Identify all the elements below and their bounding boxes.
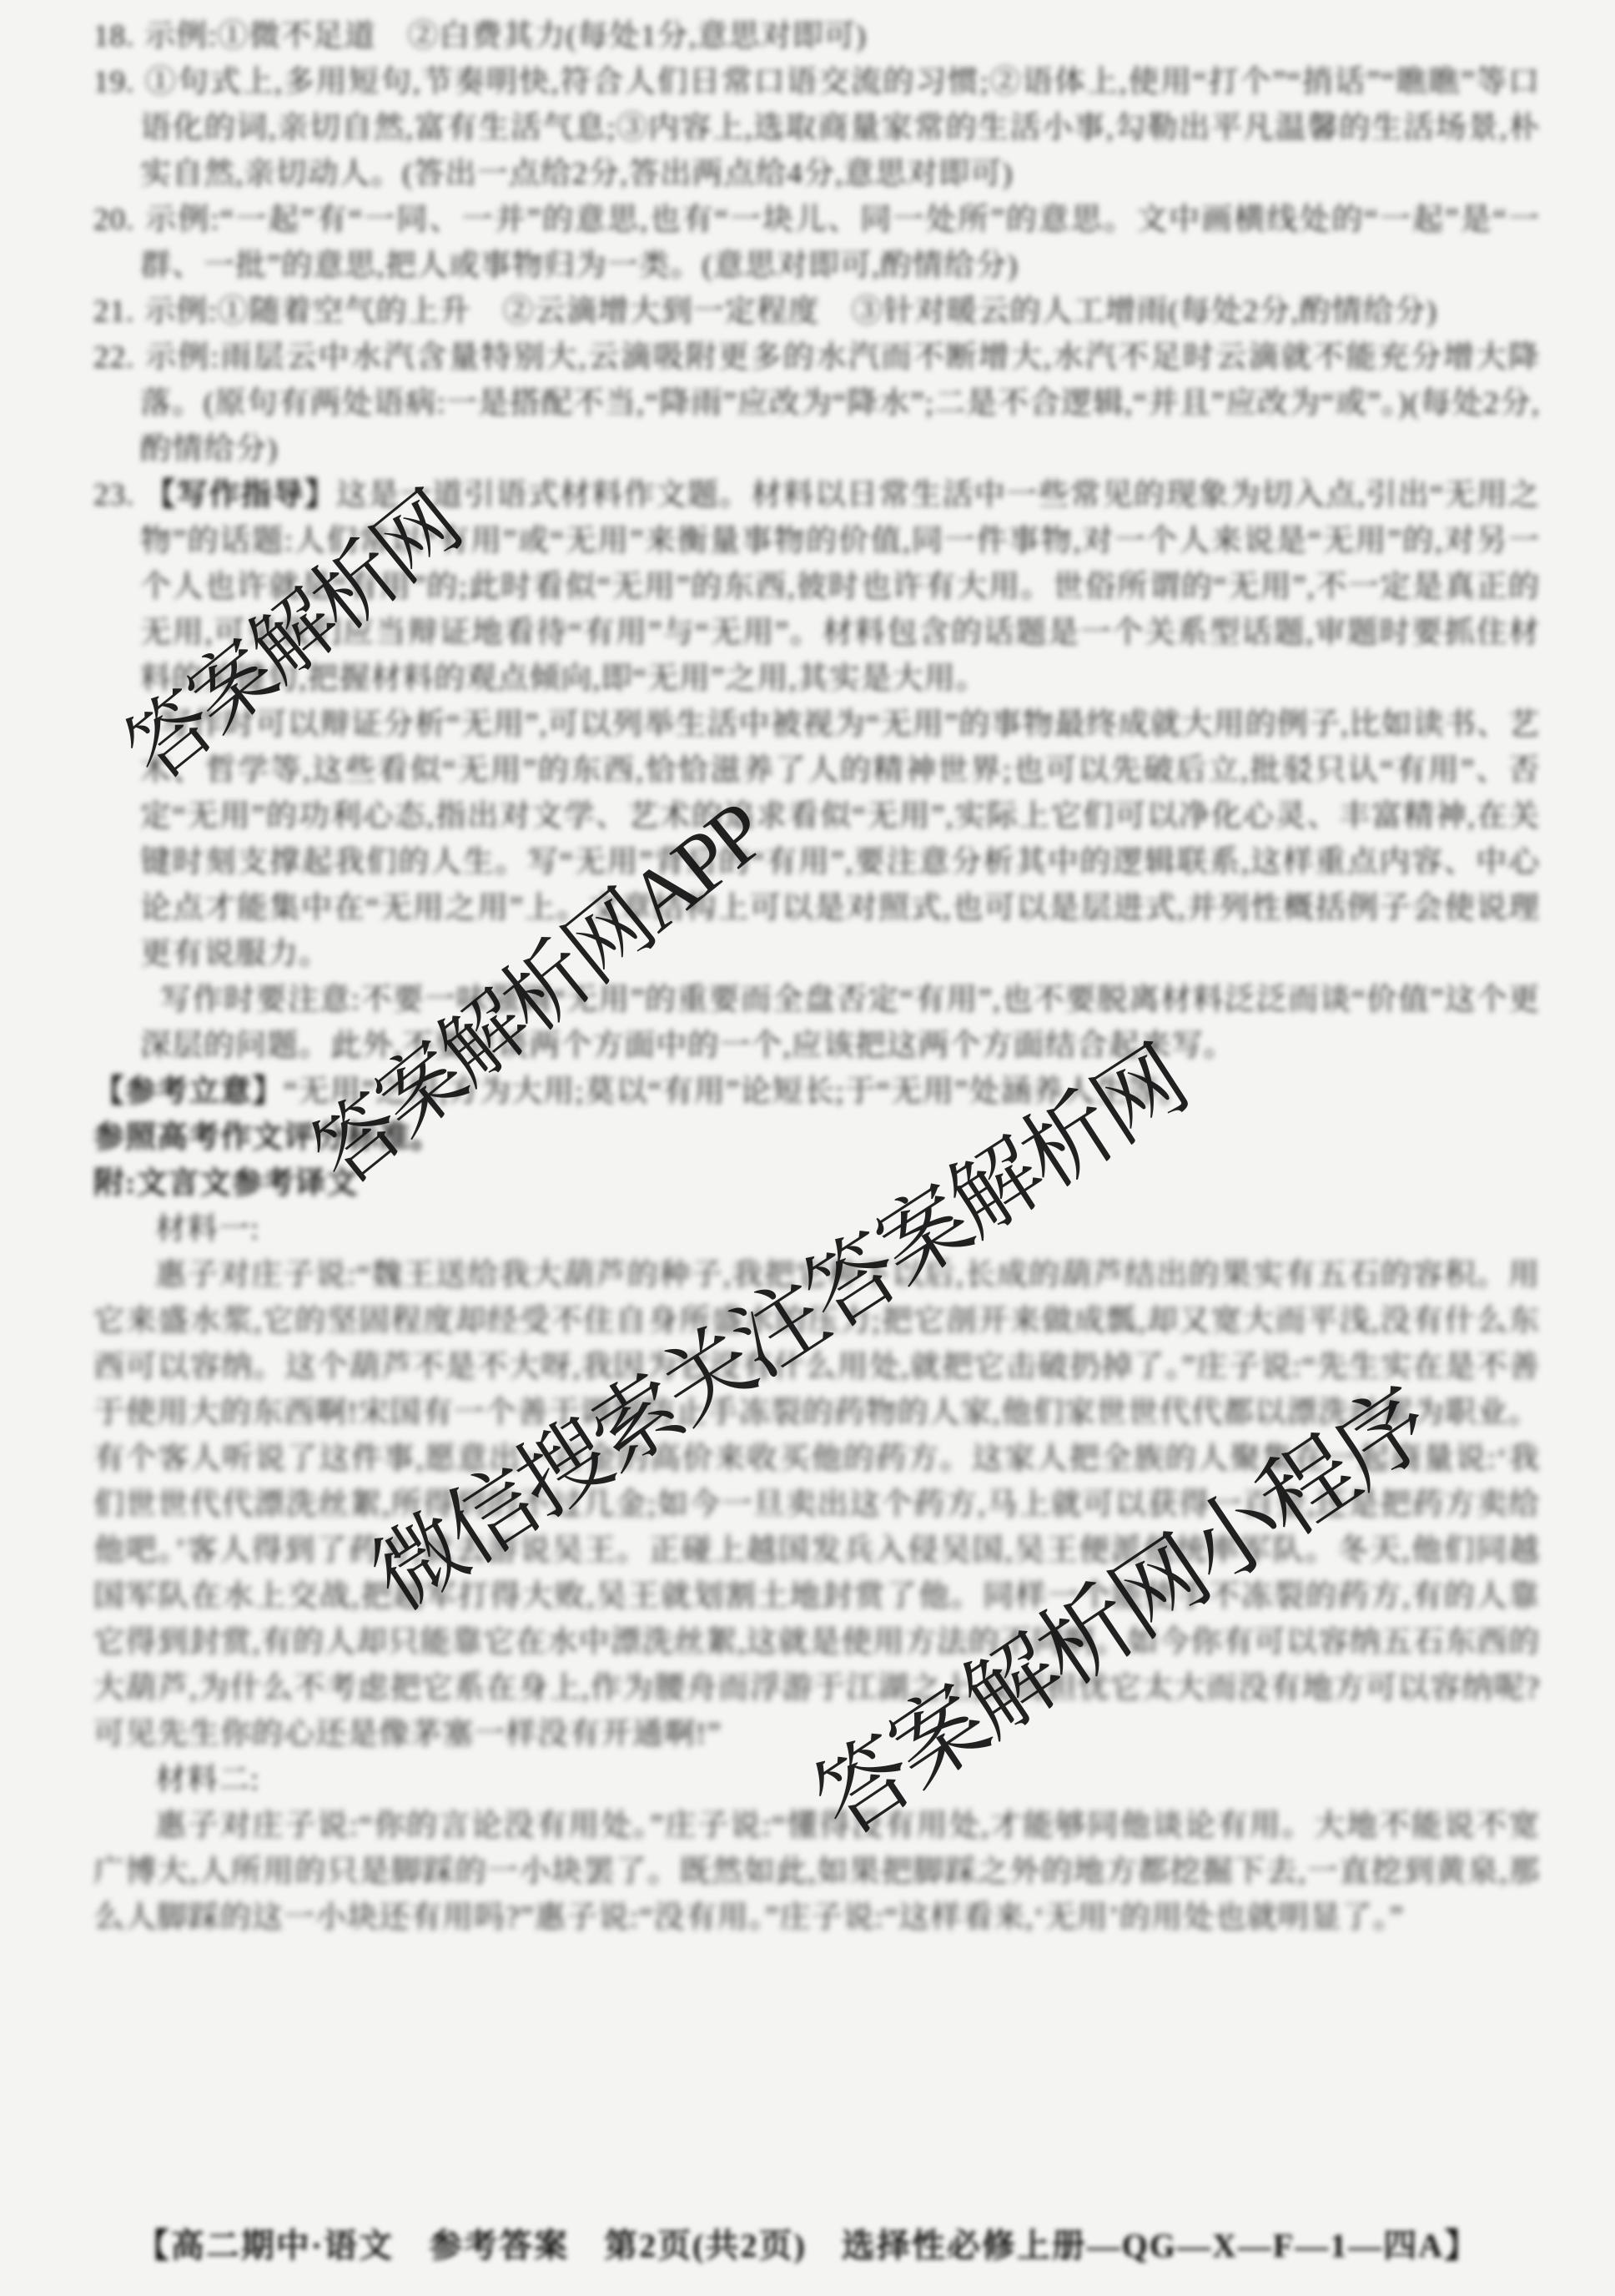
grading-standard-line: 参照高考作文评分标准。 [93,1115,1540,1161]
answer-text: 示例:①随着空气的上升 ②云滴增大到一定程度 ③针对暖云的人工增雨(每处2分,酌… [144,295,1437,329]
answer-number: 23. [93,478,134,512]
reference-intent-line: 【参考立意】“无用”之用,方为大用;莫以“有用”论短长;于“无用”处涵养人生等。 [93,1069,1540,1115]
answer-item-20: 20.示例:“一起”有“一同、一并”的意思,也有“一块儿、同一处所”的意思。文中… [93,197,1540,289]
answer-number: 19. [93,65,134,99]
reference-intent-marker: 【参考立意】 [93,1075,284,1109]
answer-number: 18. [93,19,134,53]
answer-text: 示例:雨层云中水汽含量特别大,云滴吸附更多的水汽而不断增大,水汽不足时云滴就不能… [140,340,1540,466]
answer-item-19: 19.①句式上,多用短句,节奏明快,符合人们日常口语交流的习惯;②语体上,使用“… [93,59,1540,197]
answer-text: 示例:“一起”有“一同、一并”的意思,也有“一块儿、同一处所”的意思。文中画横线… [140,203,1540,283]
material-1-translation: 惠子对庄子说:“魏王送给我大葫芦的种子,我把它种下以后,长成的葫芦结出的果实有五… [93,1252,1540,1757]
material-1-label: 材料一: [93,1206,1540,1252]
answer-number: 22. [93,340,134,375]
essay-guide-paragraph-2: 写作时可以辩证分析“无用”,可以列举生活中被视为“无用”的事物最终成就大用的例子… [93,702,1540,977]
answer-item-21: 21.示例:①随着空气的上升 ②云滴增大到一定程度 ③针对暖云的人工增雨(每处2… [93,289,1540,335]
material-2-label: 材料二: [93,1757,1540,1803]
answer-text: 示例:①微不足道 ②白费其力(每处1分,意思对即可) [144,19,867,53]
answer-text: ①句式上,多用短句,节奏明快,符合人们日常口语交流的习惯;②语体上,使用“打个”… [140,65,1540,191]
answer-item-18: 18.示例:①微不足道 ②白费其力(每处1分,意思对即可) [93,13,1540,59]
answer-number: 20. [93,203,134,237]
answer-number: 21. [93,295,134,329]
exam-answer-sheet-page: 18.示例:①微不足道 ②白费其力(每处1分,意思对即可) 19.①句式上,多用… [0,0,1615,2296]
answer-item-22: 22.示例:雨层云中水汽含量特别大,云滴吸附更多的水汽而不断增大,水汽不足时云滴… [93,335,1540,472]
translation-heading: 附:文言文参考译文 [93,1161,1540,1206]
material-2-translation: 惠子对庄子说:“你的言论没有用处。”庄子说:“懂得没有用处,才能够同他谈论有用。… [93,1803,1540,1941]
essay-guide-paragraph-1: 23.【写作指导】这是一道引语式材料作文题。材料以日常生活中一些常见的现象为切入… [93,472,1540,702]
reference-intent-text: “无用”之用,方为大用;莫以“有用”论短长;于“无用”处涵养人生等。 [284,1075,1190,1109]
essay-guide-marker: 【写作指导】 [144,478,336,512]
document-body: 18.示例:①微不足道 ②白费其力(每处1分,意思对即可) 19.①句式上,多用… [93,13,1540,1941]
essay-guide-paragraph-3: 写作时要注意:不要一味强调“无用”的重要而全盘否定“有用”,也不要脱离材料泛泛而… [93,977,1540,1069]
page-footer: 【高二期中·语文 参考答案 第2页(共2页) 选择性必修上册—QG—X—F—1—… [0,2219,1615,2267]
essay-guide-text: 这是一道引语式材料作文题。材料以日常生活中一些常见的现象为切入点,引出“无用之物… [140,478,1540,696]
